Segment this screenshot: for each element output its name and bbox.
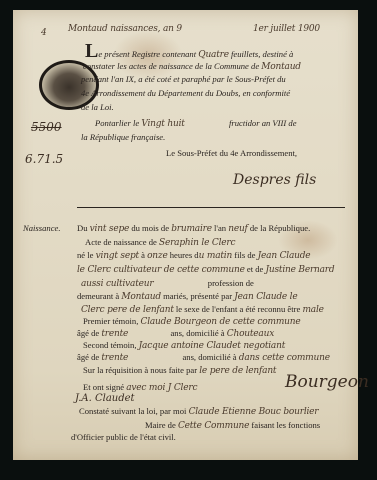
margin-number: 6.71.5 — [25, 152, 63, 166]
preamble-line-3: pendant l'an IX, a été coté et paraphé p… — [81, 74, 286, 84]
act-line-6: demeurant à Montaud mariés, présenté par… — [77, 291, 298, 302]
act-line-4: le Clerc cultivateur de cette commune et… — [77, 264, 334, 275]
witness-signature-right: Bourgeon — [285, 372, 369, 392]
act-line-11: âgé de trente ans, domicilié à dans cett… — [77, 352, 330, 363]
act-line-3: né le vingt sept à onze heures du matin … — [77, 250, 310, 261]
act-label: Naissance. — [23, 223, 60, 233]
act-line-8: Premier témoin, Claude Bourgeon de cette… — [83, 316, 300, 327]
act-line-13: Et ont signé avec moi J Clerc — [83, 382, 197, 393]
document-page: 4 Montaud naissances, an 9 1er juillet 1… — [13, 10, 358, 460]
signatory-title: Le Sous-Préfet du 4e Arrondissement, — [166, 148, 297, 158]
act-line-12: Sur la réquisition à nous faite par le p… — [83, 365, 276, 376]
place-date-line-2: la République française. — [81, 132, 165, 142]
act-line-14: Constaté suivant la loi, par moi Claude … — [79, 406, 318, 417]
margin-struck-number: 5500 — [31, 120, 62, 134]
act-line-1: Du vint sepe du mois de brumaire l'an ne… — [77, 223, 310, 234]
act-line-2: Acte de naissance de Seraphin le Clerc — [85, 237, 235, 248]
preamble-line-2: constater les actes de naissance de la C… — [83, 61, 301, 72]
preamble-line-5: de la Loi. — [81, 102, 114, 112]
act-line-5: aussi cultivateur profession de — [81, 278, 254, 289]
subprefect-signature: Despres fils — [233, 172, 316, 188]
place-date-line: Pontarlier le Vingt huit fructidor an VI… — [95, 118, 297, 129]
header-title-hand: Montaud naissances, an 9 — [68, 24, 182, 34]
preamble-line-1: Le présent Registre contenant Quatre feu… — [85, 40, 293, 63]
act-line-15: Maire de Cette Commune faisant les fonct… — [145, 420, 320, 431]
preamble-line-4: 4e Arrondissement du Département du Doub… — [81, 88, 290, 98]
divider-rule — [77, 207, 345, 208]
act-line-7: Clerc pere de lenfant le sexe de l'enfan… — [81, 304, 324, 315]
header-date-hand: 1er juillet 1900 — [253, 24, 320, 34]
act-line-10: Second témoin, Jacque antoine Claudet ne… — [83, 340, 285, 351]
act-line-16: d'Officier public de l'état civil. — [71, 432, 176, 442]
act-line-9: âgé de trente ans, domicilié à Chouteaux — [77, 328, 274, 339]
witness-signature-left: J.A. Claudet — [75, 393, 135, 404]
header-left-number: 4 — [41, 28, 47, 38]
